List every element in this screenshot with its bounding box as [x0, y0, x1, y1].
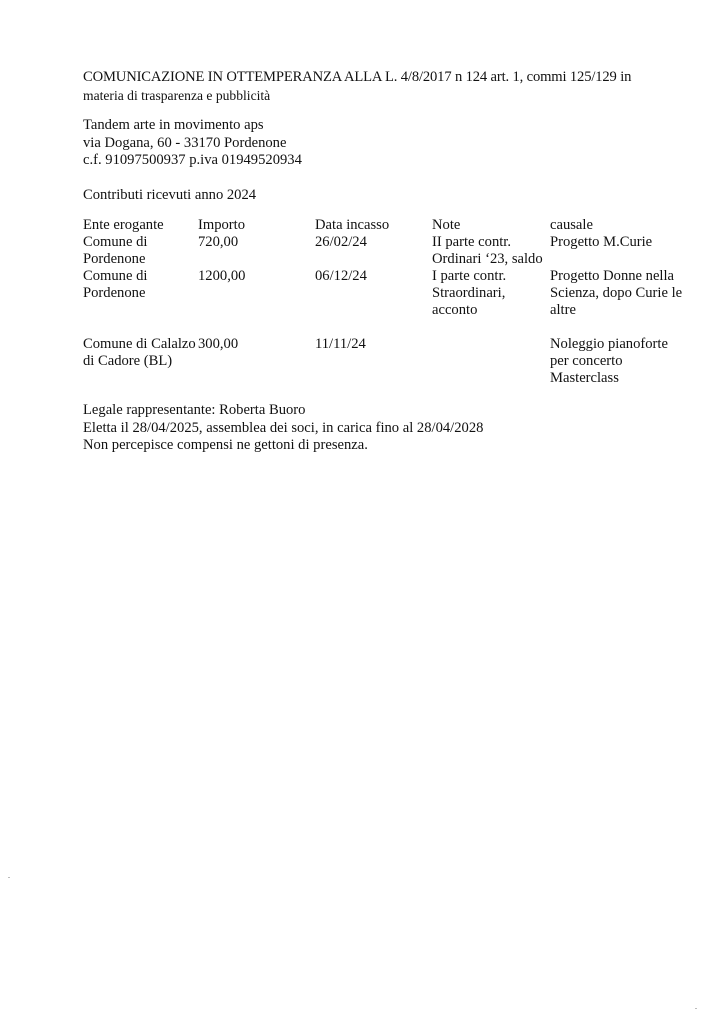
- organization-name: Tandem arte in movimento aps: [83, 117, 302, 135]
- cell-data: 06/12/24: [315, 268, 432, 336]
- contributions-table: Ente erogante Importo Data incasso Note …: [83, 217, 683, 387]
- cell-data: 26/02/24: [315, 234, 432, 268]
- compensation-note: Non percepisce compensi ne gettoni di pr…: [83, 437, 483, 455]
- organization-tax-ids: c.f. 91097500937 p.iva 01949520934: [83, 152, 302, 170]
- cell-importo: 1200,00: [198, 268, 315, 336]
- table-row: Comune di Pordenone 720,00 26/02/24 II p…: [83, 234, 683, 268]
- organization-info: Tandem arte in movimento aps via Dogana,…: [83, 117, 302, 170]
- legal-representative: Legale rappresentante: Roberta Buoro: [83, 402, 483, 420]
- election-details: Eletta il 28/04/2025, assemblea dei soci…: [83, 420, 483, 438]
- cell-ente: Comune di Calalzo di Cadore (BL): [83, 336, 198, 387]
- cell-causale: Progetto Donne nella Scienza, dopo Curie…: [550, 268, 683, 336]
- table-row: Comune di Calalzo di Cadore (BL) 300,00 …: [83, 336, 683, 387]
- organization-address: via Dogana, 60 - 33170 Pordenone: [83, 135, 302, 153]
- column-header-causale: causale: [550, 217, 683, 234]
- cell-ente: Comune di Pordenone: [83, 234, 198, 268]
- cell-note: II parte contr. Ordinari ‘23, saldo: [432, 234, 550, 268]
- column-header-note: Note: [432, 217, 550, 234]
- cell-note: I parte contr. Straordinari, acconto: [432, 268, 550, 336]
- column-header-data: Data incasso: [315, 217, 432, 234]
- cell-ente: Comune di Pordenone: [83, 268, 198, 336]
- document-page: COMUNICAZIONE IN OTTEMPERANZA ALLA L. 4/…: [0, 0, 725, 1024]
- cell-data: 11/11/24: [315, 336, 432, 387]
- title-line-2: materia di trasparenza e pubblicità: [83, 87, 663, 105]
- column-header-ente: Ente erogante: [83, 217, 198, 234]
- scan-speck: [8, 877, 10, 878]
- legal-representative-info: Legale rappresentante: Roberta Buoro Ele…: [83, 402, 483, 455]
- cell-importo: 720,00: [198, 234, 315, 268]
- column-header-importo: Importo: [198, 217, 315, 234]
- table-row: Comune di Pordenone 1200,00 06/12/24 I p…: [83, 268, 683, 336]
- cell-causale: Noleggio pianoforte per concerto Masterc…: [550, 336, 683, 387]
- scan-speck: [695, 1008, 697, 1009]
- title-line-1: COMUNICAZIONE IN OTTEMPERANZA ALLA L. 4/…: [83, 69, 663, 87]
- document-title: COMUNICAZIONE IN OTTEMPERANZA ALLA L. 4/…: [83, 69, 663, 104]
- cell-importo: 300,00: [198, 336, 315, 387]
- table-header-row: Ente erogante Importo Data incasso Note …: [83, 217, 683, 234]
- cell-causale: Progetto M.Curie: [550, 234, 683, 268]
- contributions-heading: Contributi ricevuti anno 2024: [83, 187, 256, 205]
- cell-note: [432, 336, 550, 387]
